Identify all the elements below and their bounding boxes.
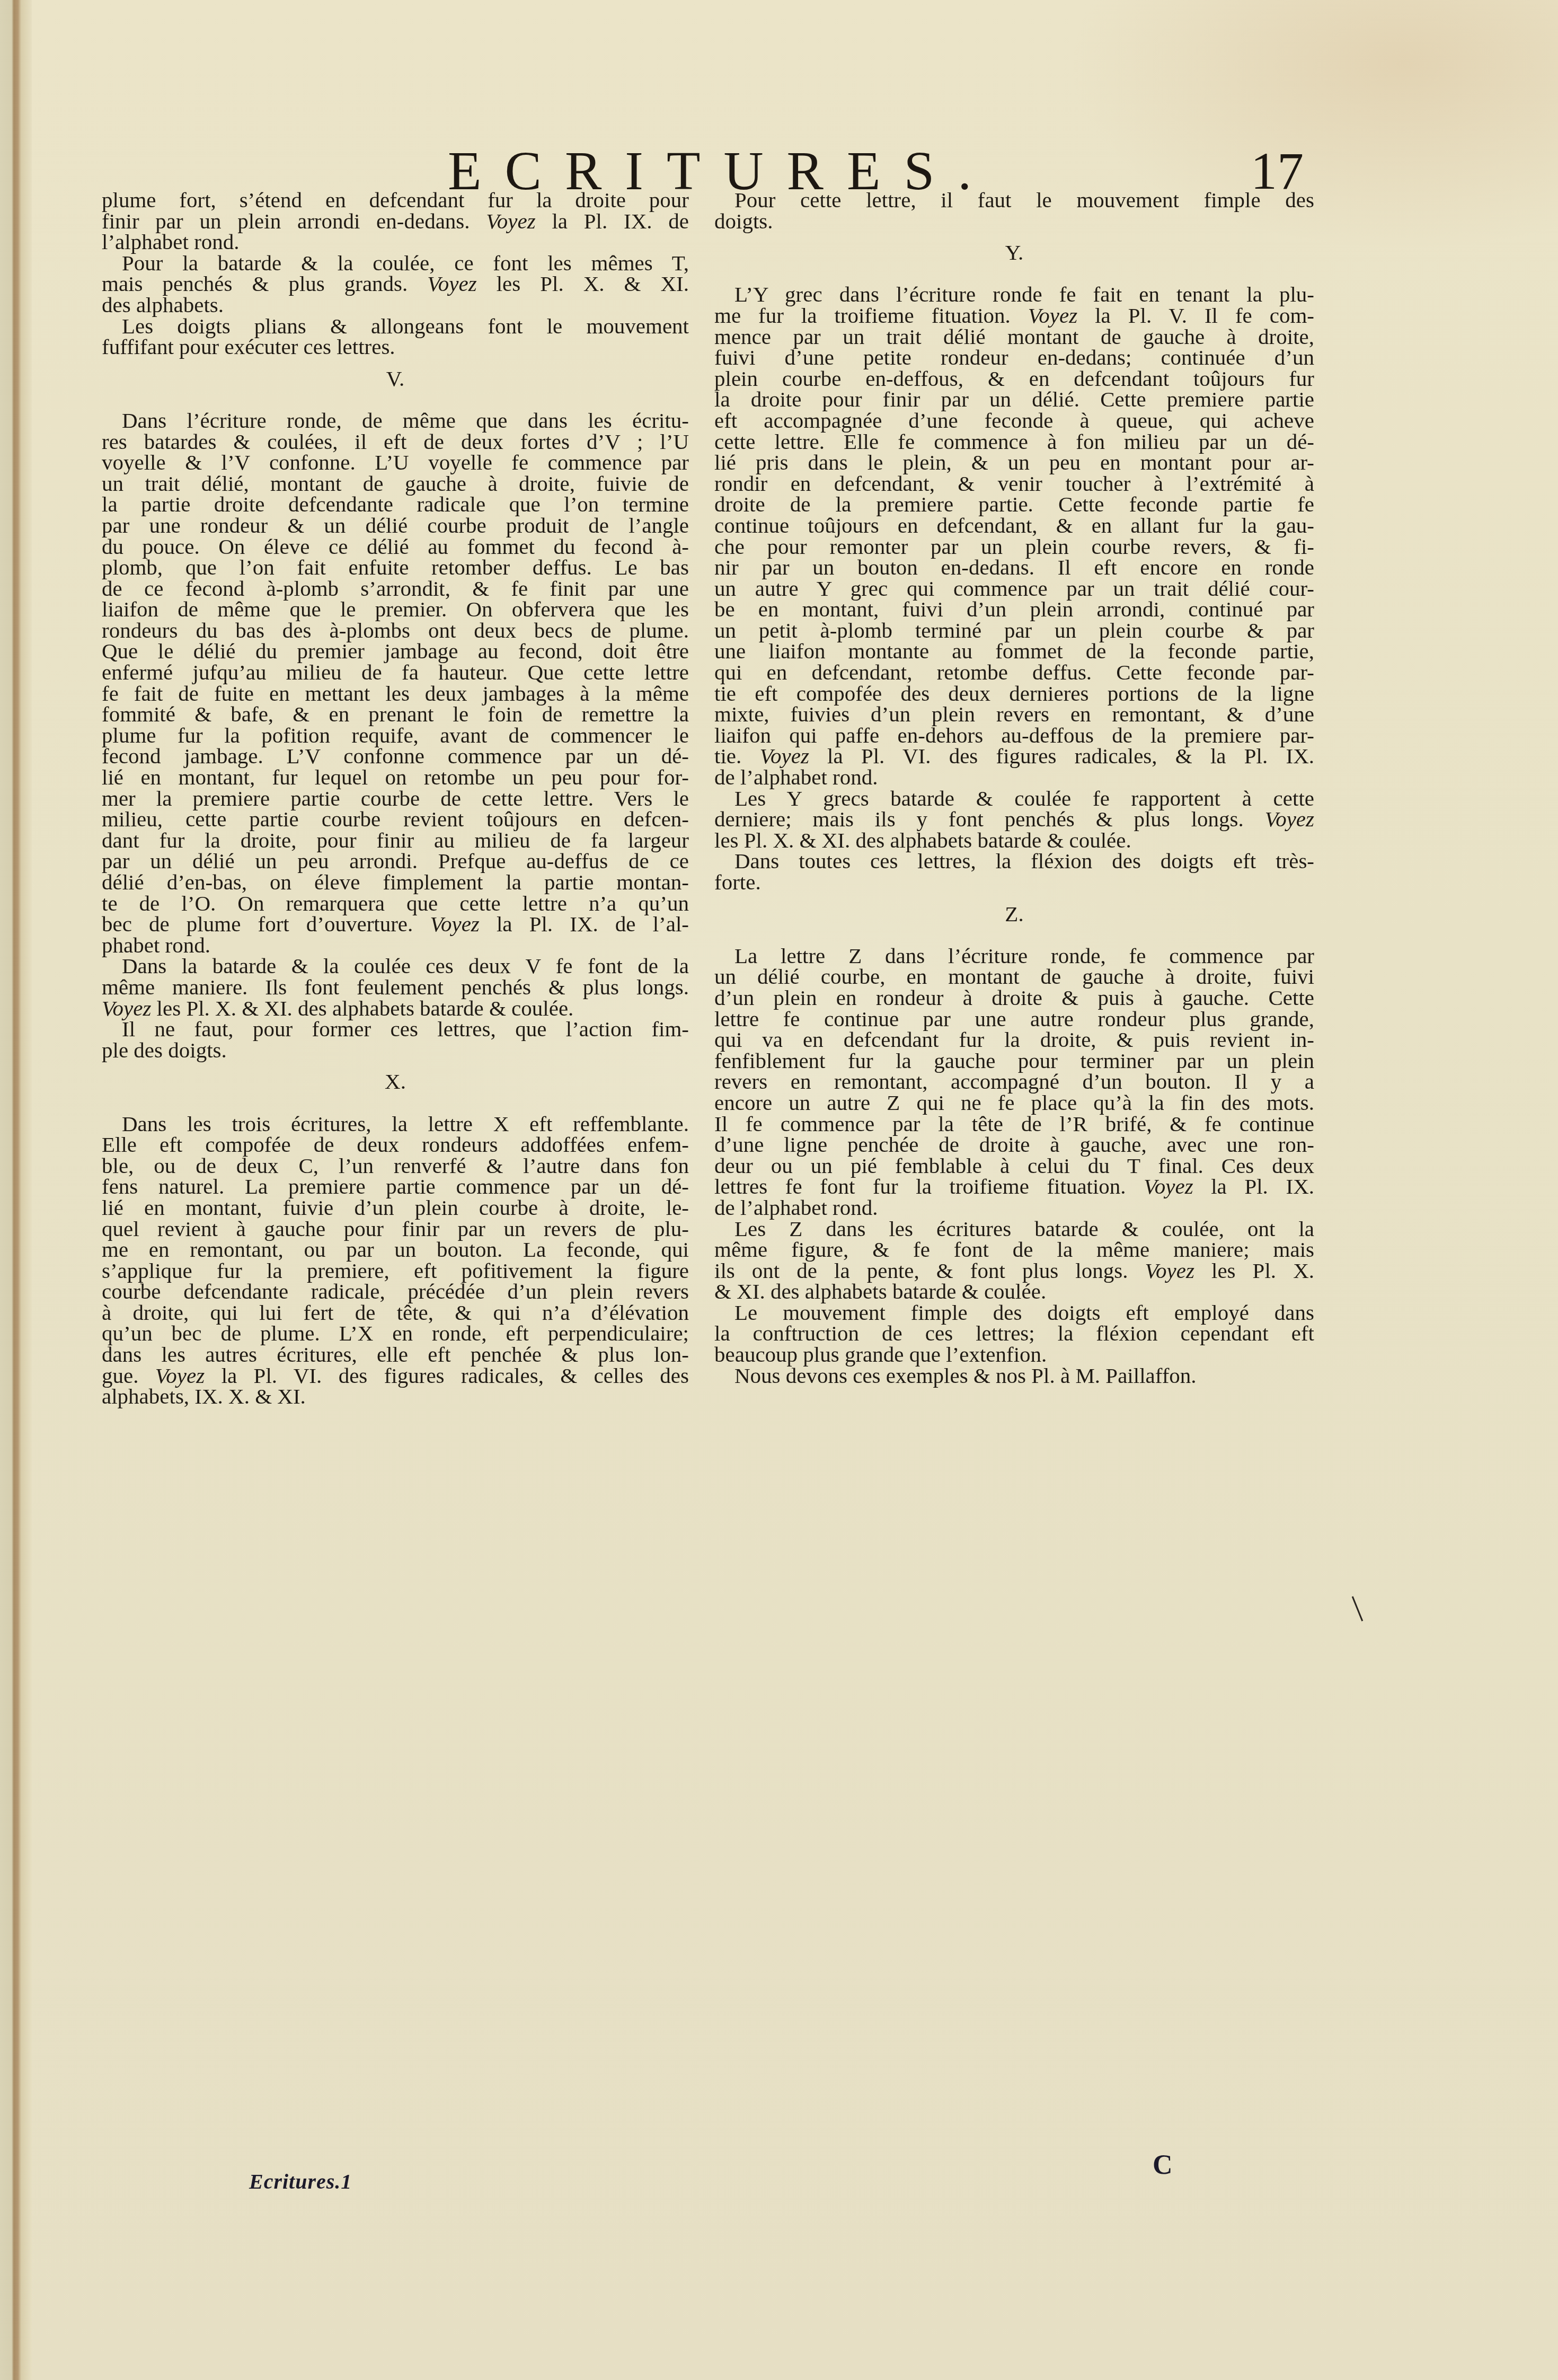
text-line: même figure, & fe font de la même manier… — [714, 1239, 1314, 1260]
italic-reference: Voyez — [427, 271, 476, 296]
text-line: derniere; mais ils y font penchés & plus… — [714, 809, 1314, 830]
text-line: La lettre Z dans l’écriture ronde, fe co… — [714, 946, 1314, 967]
text-line: voyelle & l’V confonne. L’U voyelle fe c… — [102, 452, 689, 473]
paragraph: Pour la batarde & la coulée, ce font les… — [102, 253, 689, 316]
text-line: rondeurs du bas des à-plombs ont deux be… — [102, 620, 689, 641]
text-line: fuivi d’une petite rondeur en-dedans; co… — [714, 347, 1314, 368]
paragraph: plume fort, s’étend en defcendant fur la… — [102, 190, 689, 253]
text-line: une liaifon montante au fommet de la fec… — [714, 641, 1314, 662]
text-line: ils ont de la pente, & font plus longs. … — [714, 1260, 1314, 1282]
text-line: enfermé jufqu’au milieu de fa hauteur. Q… — [102, 662, 689, 683]
paragraph: Dans toutes ces lettres, la fléxion des … — [714, 851, 1314, 893]
text-line: un trait délié, montant de gauche à droi… — [102, 473, 689, 495]
text-line: Elle eft compofée de deux rondeurs addof… — [102, 1134, 689, 1156]
text-line: Les Y grecs batarde & coulée fe rapporte… — [714, 788, 1314, 809]
text-line: mais penchés & plus grands. Voyez les Pl… — [102, 274, 689, 295]
text-line: fecond jambage. L’V confonne commence pa… — [102, 746, 689, 767]
paragraph: Nous devons ces exemples & nos Pl. à M. … — [714, 1365, 1314, 1387]
text-line: bec de plume fort d’ouverture. Voyez la … — [102, 914, 689, 935]
paragraph: Il ne faut, pour former ces lettres, que… — [102, 1019, 689, 1061]
text-line: beaucoup plus grande que l’extenfion. — [714, 1344, 1314, 1365]
text-line: des alphabets. — [102, 295, 689, 316]
text-line: revers en remontant, accompagné d’un bou… — [714, 1071, 1314, 1092]
text-line: délié d’en-bas, on éleve fimplement la p… — [102, 872, 689, 893]
text-line: qui en defcendant, retombe deffus. Cette… — [714, 662, 1314, 683]
text-line: d’une ligne penchée de droite à gauche, … — [714, 1134, 1314, 1156]
text-line: mixte, fuivies d’un plein revers en remo… — [714, 704, 1314, 725]
text-line: dant fur la droite, pour finir au milieu… — [102, 830, 689, 851]
text-line: fenfiblement fur la gauche pour terminer… — [714, 1051, 1314, 1072]
text-line: Pour cette lettre, il faut le mouvement … — [714, 190, 1314, 211]
text-line: plein courbe en-deffous, & en defcendant… — [714, 368, 1314, 390]
text-line: la partie droite defcendante radicale qu… — [102, 494, 689, 515]
text-line: fuffifant pour exécuter ces lettres. — [102, 337, 689, 358]
text-line: la droite pour finir par un délié. Cette… — [714, 389, 1314, 410]
text-line: Dans l’écriture ronde, de même que dans … — [102, 410, 689, 431]
spacer — [714, 263, 1314, 285]
text-line: eft accompagnée d’une feconde à queue, q… — [714, 410, 1314, 431]
text-line: phabet rond. — [102, 935, 689, 956]
spacer — [102, 389, 689, 410]
text-line: s’applique fur la premiere, eft pofitive… — [102, 1260, 689, 1282]
text-line: du pouce. On éleve ce délié au fommet du… — [102, 536, 689, 558]
text-line: fe fait de fuite en mettant les deux jam… — [102, 683, 689, 704]
text-line: doigts. — [714, 211, 1314, 232]
text-line: mence par un trait délié montant de gauc… — [714, 327, 1314, 348]
text-line: te de l’O. On remarquera que cette lettr… — [102, 893, 689, 914]
italic-reference: Voyez — [1145, 1258, 1194, 1283]
signature-mark-right: C — [1153, 2149, 1173, 2181]
text-line: nir par un bouton en-dedans. Il eft enco… — [714, 557, 1314, 578]
text-line: Les doigts plians & allongeans font le m… — [102, 316, 689, 337]
text-line: Nous devons ces exemples & nos Pl. à M. … — [714, 1365, 1314, 1387]
section-heading: X. — [102, 1071, 689, 1092]
paragraph: La lettre Z dans l’écriture ronde, fe co… — [714, 946, 1314, 1219]
text-line: Il fe commence par la tête de l’R brifé,… — [714, 1114, 1314, 1135]
text-line: tie. Voyez la Pl. VI. des figures radica… — [714, 746, 1314, 767]
text-line: Il ne faut, pour former ces lettres, que… — [102, 1019, 689, 1040]
text-line: dans les autres écritures, elle eft penc… — [102, 1344, 689, 1365]
text-line: plume fur la pofition requife, avant de … — [102, 725, 689, 746]
text-line: Dans toutes ces lettres, la fléxion des … — [714, 851, 1314, 872]
paragraph: Les doigts plians & allongeans font le m… — [102, 316, 689, 358]
paragraph: Pour cette lettre, il faut le mouvement … — [714, 190, 1314, 232]
text-line: milieu, cette partie courbe revient toûj… — [102, 809, 689, 830]
text-line: Dans la batarde & la coulée ces deux V f… — [102, 956, 689, 977]
text-line: me en remontant, ou par un bouton. La fe… — [102, 1239, 689, 1260]
text-line: me fur la troifieme fituation. Voyez la … — [714, 305, 1314, 327]
text-line: lié pris dans le plein, & un peu en mont… — [714, 452, 1314, 473]
text-line: ble, ou de deux C, l’un renverfé & l’aut… — [102, 1156, 689, 1177]
text-line: de l’alphabet rond. — [714, 767, 1314, 788]
text-line: lettres fe font fur la troifieme fituati… — [714, 1176, 1314, 1197]
section-heading: V. — [102, 368, 689, 390]
italic-reference: Voyez — [430, 912, 479, 936]
text-line: qui va en defcendant fur la droite, & pu… — [714, 1029, 1314, 1051]
left-column: plume fort, s’étend en defcendant fur la… — [102, 190, 689, 1407]
signature-mark-left: Ecritures.1 — [249, 2169, 352, 2194]
text-line: plume fort, s’étend en defcendant fur la… — [102, 190, 689, 211]
text-line: ple des doigts. — [102, 1040, 689, 1061]
text-line: de l’alphabet rond. — [714, 1197, 1314, 1219]
text-line: un petit à-plomb terminé par un plein co… — [714, 620, 1314, 641]
text-line: fens naturel. La premiere partie commenc… — [102, 1176, 689, 1197]
text-line: Que le délié du premier jambage au fecon… — [102, 641, 689, 662]
text-line: lié en montant, fur lequel on retombe un… — [102, 767, 689, 788]
spacer — [714, 924, 1314, 946]
paragraph: Le mouvement fimple des doigts eft emplo… — [714, 1302, 1314, 1365]
text-line: tie eft compofée des deux dernieres port… — [714, 683, 1314, 704]
text-line: d’un plein en rondeur à droite & puis à … — [714, 988, 1314, 1009]
text-line: Les Z dans les écritures batarde & coulé… — [714, 1219, 1314, 1240]
text-line: & XI. des alphabets batarde & coulée. — [714, 1281, 1314, 1302]
text-line: Voyez les Pl. X. & XI. des alphabets bat… — [102, 998, 689, 1019]
text-line: lettre fe continue par une autre rondeur… — [714, 1009, 1314, 1030]
spacer — [102, 1092, 689, 1114]
text-line: Pour la batarde & la coulée, ce font les… — [102, 253, 689, 274]
right-column: Pour cette lettre, il faut le mouvement … — [714, 190, 1314, 1386]
text-line: courbe defcendante radicale, précédée d’… — [102, 1281, 689, 1302]
text-line: l’alphabet rond. — [102, 232, 689, 253]
text-line: les Pl. X. & XI. des alphabets batarde &… — [714, 830, 1314, 851]
text-line: continue toûjours en defcendant, & en al… — [714, 515, 1314, 536]
italic-reference: Voyez — [1144, 1174, 1193, 1198]
paragraph: Dans l’écriture ronde, de même que dans … — [102, 410, 689, 956]
paragraph: Les Z dans les écritures batarde & coulé… — [714, 1219, 1314, 1302]
text-line: rondir en defcendant, & venir toucher à … — [714, 473, 1314, 495]
text-line: be en montant, fuivi d’un plein arrondi,… — [714, 599, 1314, 620]
text-line: Le mouvement fimple des doigts eft emplo… — [714, 1302, 1314, 1324]
text-line: la conftruction de ces lettres; la fléxi… — [714, 1323, 1314, 1344]
section-heading: Z. — [714, 904, 1314, 925]
text-line: res batardes & coulées, il eft de deux f… — [102, 431, 689, 453]
text-line: fommité & bafe, & en prenant le foin de … — [102, 704, 689, 725]
text-line: par un délié un peu arrondi. Prefque au-… — [102, 851, 689, 872]
text-line: à droite, qui lui fert de tête, & qui n’… — [102, 1302, 689, 1324]
text-line: liaifon qui paffe en-dehors au-deffous d… — [714, 725, 1314, 746]
text-line: gue. Voyez la Pl. VI. des figures radica… — [102, 1365, 689, 1387]
text-line: lié en montant, fuivie d’un plein courbe… — [102, 1197, 689, 1219]
text-line: de ce fecond à-plomb s’arrondit, & fe fi… — [102, 578, 689, 600]
paragraph: Dans la batarde & la coulée ces deux V f… — [102, 956, 689, 1019]
text-line: qu’un bec de plume. L’X en ronde, eft pe… — [102, 1323, 689, 1344]
text-line: encore un autre Z qui ne fe place qu’à l… — [714, 1092, 1314, 1114]
text-line: droite de la premiere partie. Cette feco… — [714, 494, 1314, 515]
text-line: mer la premiere partie courbe de cette l… — [102, 788, 689, 809]
text-line: finir par un plein arrondi en-dedans. Vo… — [102, 211, 689, 232]
text-line: deur ou un pié femblable à celui du T fi… — [714, 1156, 1314, 1177]
italic-reference: Voyez — [1265, 807, 1314, 831]
paragraph: L’Y grec dans l’écriture ronde fe fait e… — [714, 284, 1314, 788]
text-line: même maniere. Ils font feulement penchés… — [102, 977, 689, 998]
text-line: un délié courbe, en montant de gauche à … — [714, 966, 1314, 988]
section-heading: Y. — [714, 242, 1314, 263]
italic-reference: Voyez — [486, 209, 535, 233]
text-line: L’Y grec dans l’écriture ronde fe fait e… — [714, 284, 1314, 305]
text-line: forte. — [714, 872, 1314, 893]
text-line: par une rondeur & un délié courbe produi… — [102, 515, 689, 536]
binding-edge — [0, 0, 32, 2380]
text-line: che pour remonter par un plein courbe re… — [714, 536, 1314, 558]
paragraph: Les Y grecs batarde & coulée fe rapporte… — [714, 788, 1314, 851]
text-line: un autre Y grec qui commence par un trai… — [714, 578, 1314, 600]
text-line: liaifon de même que le premier. On obfer… — [102, 599, 689, 620]
text-line: quel revient à gauche pour finir par un … — [102, 1219, 689, 1240]
text-line: alphabets, IX. X. & XI. — [102, 1386, 689, 1407]
paragraph: Dans les trois écritures, la lettre X ef… — [102, 1114, 689, 1407]
text-line: Dans les trois écritures, la lettre X ef… — [102, 1114, 689, 1135]
text-line: cette lettre. Elle fe commence à fon mil… — [714, 431, 1314, 453]
text-line: plomb, que l’on fait enfuite retomber de… — [102, 557, 689, 578]
